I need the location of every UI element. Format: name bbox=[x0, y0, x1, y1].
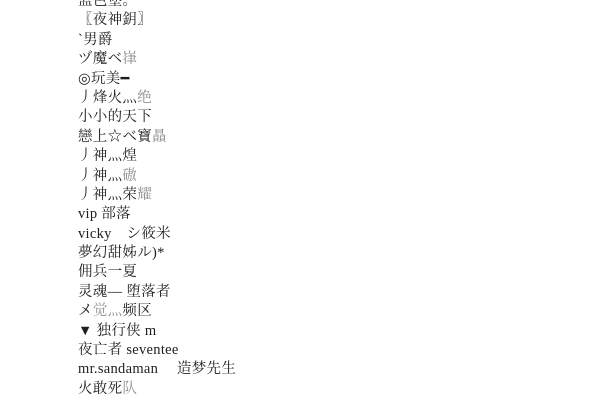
nickname-text: 频区 bbox=[122, 303, 152, 319]
nickname-text: 绝 bbox=[137, 90, 152, 106]
nickname-line: 丿烽火灬绝 bbox=[78, 89, 498, 108]
nickname-text: ˋ男爵 bbox=[78, 32, 113, 48]
nickname-line: ヅ魔ベ嵂 bbox=[78, 50, 498, 69]
nickname-text: 戀上☆ベ寶 bbox=[78, 129, 152, 145]
nickname-text: 小小的天下 bbox=[78, 109, 152, 125]
nickname-text: 丿神灬荣 bbox=[78, 187, 137, 203]
nickname-text: 磝 bbox=[122, 168, 137, 184]
nickname-line: ˋ男爵 bbox=[78, 31, 498, 50]
nickname-line: 丿神灬荣耀 bbox=[78, 186, 498, 205]
nickname-text: ▼ 独行侠 m bbox=[78, 323, 156, 339]
nickname-line: 丿神灬磝 bbox=[78, 167, 498, 186]
nickname-text: vicky シ筱米 bbox=[78, 226, 171, 242]
nickname-line: 丿神灬煌 bbox=[78, 147, 498, 166]
nickname-text: 佣兵一夏 bbox=[78, 264, 137, 280]
nickname-line: ▼ 独行侠 m bbox=[78, 322, 498, 341]
nickname-text: 觉灬 bbox=[93, 303, 123, 319]
nickname-line: ◎玩美━ bbox=[78, 70, 498, 89]
nickname-text: 丿神灬煌 bbox=[78, 148, 137, 164]
nickname-line: vicky シ筱米 bbox=[78, 225, 498, 244]
nickname-text: 丿烽火灬 bbox=[78, 90, 137, 106]
nickname-line: 灵魂— 堕落者 bbox=[78, 283, 498, 302]
nickname-text: 嵂 bbox=[122, 51, 137, 67]
nickname-line: 佣兵一夏 bbox=[78, 263, 498, 282]
nickname-line: 夜亡者 seventee bbox=[78, 341, 498, 360]
nickname-text: mr.sandaman 造梦先生 bbox=[78, 361, 236, 377]
nickname-list: 蓝色堡。〖夜神鈅〗ˋ男爵ヅ魔ベ嵂◎玩美━丿烽火灬绝小小的天下戀上☆ベ寶贔丿神灬煌… bbox=[78, 0, 498, 399]
nickname-line: mr.sandaman 造梦先生 bbox=[78, 360, 498, 379]
page: 蓝色堡。〖夜神鈅〗ˋ男爵ヅ魔ベ嵂◎玩美━丿烽火灬绝小小的天下戀上☆ベ寶贔丿神灬煌… bbox=[0, 0, 600, 400]
nickname-line: 蓝色堡。 bbox=[78, 0, 498, 11]
nickname-text: ヅ魔ベ bbox=[78, 51, 122, 67]
nickname-line: 〖夜神鈅〗 bbox=[78, 11, 498, 30]
nickname-line: メ觉灬频区 bbox=[78, 302, 498, 321]
nickname-text: 火敢死 bbox=[78, 381, 122, 397]
nickname-text: メ bbox=[78, 303, 93, 319]
nickname-text: ◎玩美━ bbox=[78, 71, 130, 87]
nickname-text: vip 部落 bbox=[78, 206, 131, 222]
nickname-text: 队 bbox=[122, 381, 137, 397]
nickname-text: 夢幻甜姊ル)* bbox=[78, 245, 165, 261]
nickname-line: 夢幻甜姊ル)* bbox=[78, 244, 498, 263]
nickname-line: 小小的天下 bbox=[78, 108, 498, 127]
nickname-text: 贔 bbox=[152, 129, 167, 145]
nickname-text: 〖夜神鈅〗 bbox=[78, 12, 152, 28]
nickname-text: 灵魂— 堕落者 bbox=[78, 284, 171, 300]
nickname-text: 蓝色堡。 bbox=[78, 0, 137, 9]
nickname-text: 夜亡者 seventee bbox=[78, 342, 179, 358]
nickname-line: vip 部落 bbox=[78, 205, 498, 224]
nickname-line: 火敢死队 bbox=[78, 380, 498, 399]
nickname-line: 戀上☆ベ寶贔 bbox=[78, 128, 498, 147]
nickname-text: 丿神灬 bbox=[78, 168, 122, 184]
nickname-text: 耀 bbox=[137, 187, 152, 203]
